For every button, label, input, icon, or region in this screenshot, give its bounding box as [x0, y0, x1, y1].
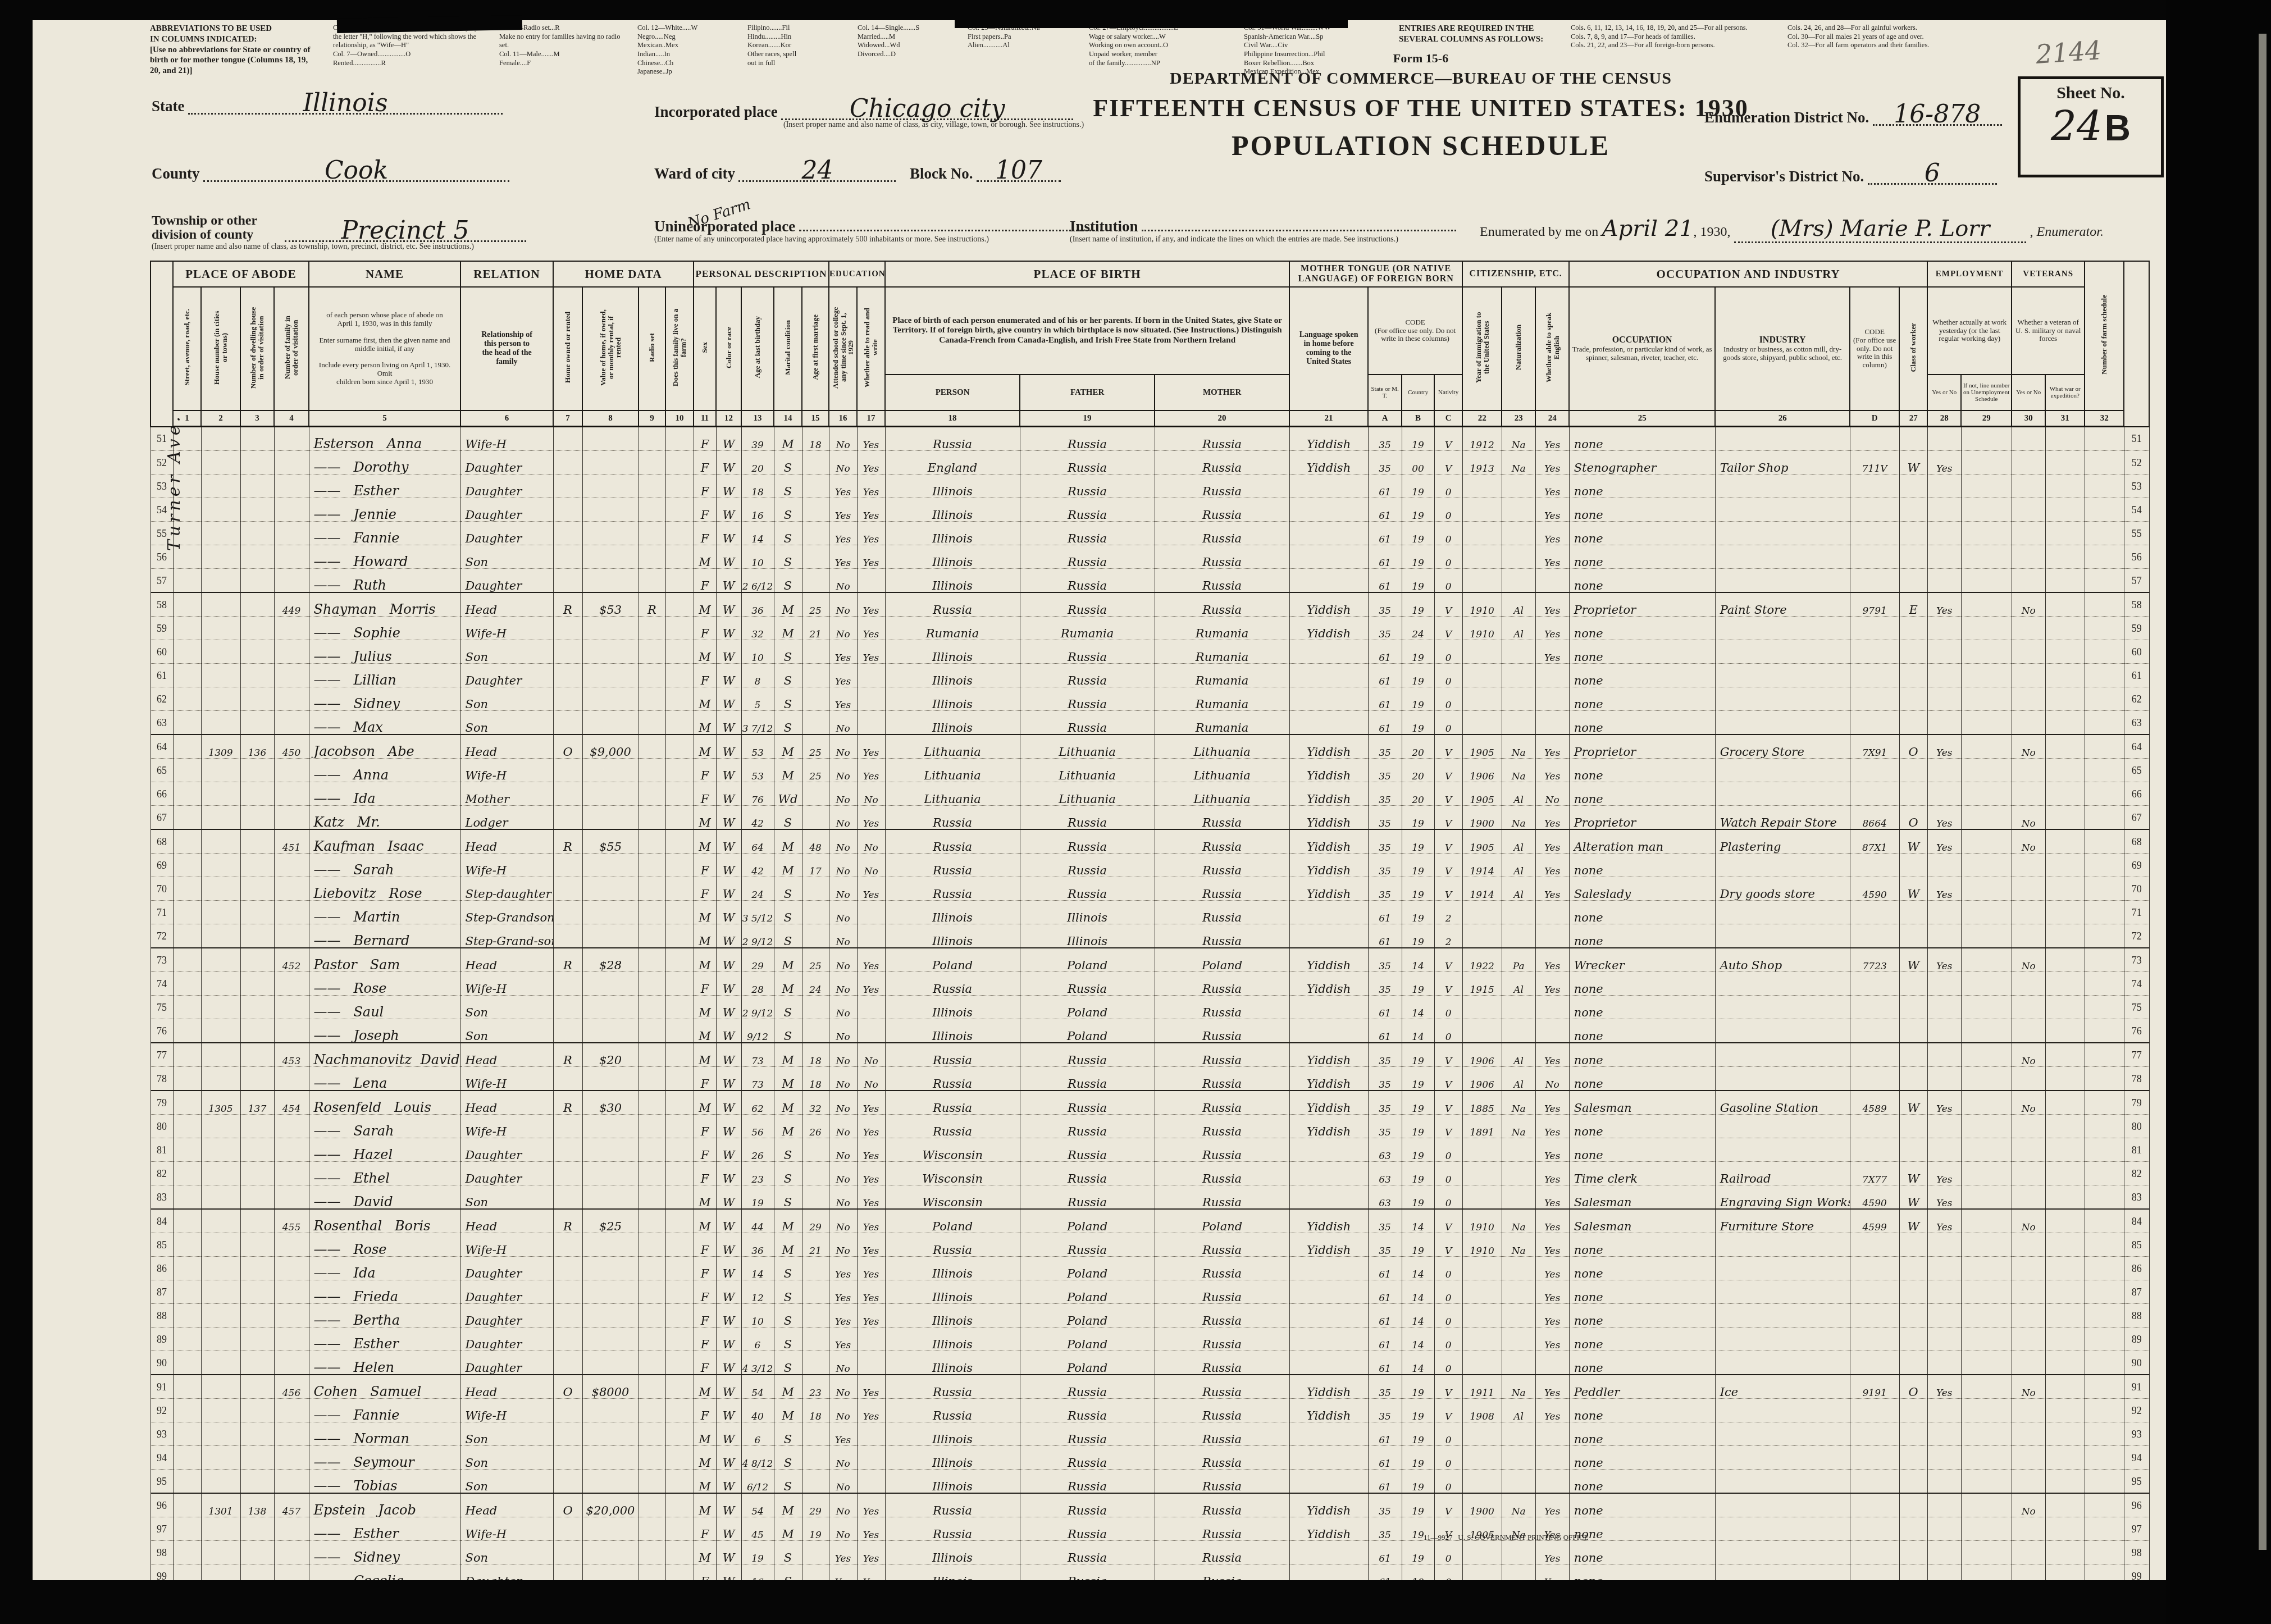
- cell-industry: [1715, 664, 1850, 687]
- cell-family: [274, 1517, 309, 1541]
- cell-age-married: 23: [802, 1375, 829, 1399]
- cell-race: W: [716, 522, 741, 545]
- cell-class-of-worker: [1899, 1517, 1927, 1541]
- department-title: DEPARTMENT OF COMMERCE—BUREAU OF THE CEN…: [1070, 69, 1772, 88]
- cell-school: No: [829, 877, 857, 901]
- cell-mother-tongue: [1289, 664, 1368, 687]
- cell-mother-tongue: Yiddish: [1289, 1115, 1368, 1138]
- cell-read-write: Yes: [857, 806, 885, 830]
- cell-relation: Head: [460, 735, 553, 759]
- cell-father-birthplace: Russia: [1020, 640, 1155, 664]
- cell-industry: [1715, 545, 1850, 569]
- cell-worked-yesterday: [1927, 924, 1961, 948]
- state-value: Illinois: [188, 93, 503, 115]
- cell-school: No: [829, 1399, 857, 1422]
- cell-read-write: Yes: [857, 640, 885, 664]
- cell-birthplace: Illinois: [885, 1328, 1020, 1351]
- cell-immigration-year: [1462, 1351, 1502, 1375]
- cell-code-c: V: [1434, 592, 1462, 617]
- group-veterans: VETERANS: [2012, 261, 2085, 287]
- cell-name: Liebovitz Rose: [309, 877, 460, 901]
- state-field: State Illinois: [152, 93, 503, 115]
- cell-family: [274, 1328, 309, 1351]
- cell-occupation: none: [1569, 498, 1715, 522]
- cell-age-married: 32: [802, 1091, 829, 1115]
- cell-name: —— Sidney: [309, 687, 460, 711]
- cell-age-married: [802, 1470, 829, 1494]
- cell-occupation: none: [1569, 1067, 1715, 1091]
- cell-mother-tongue: Yiddish: [1289, 1091, 1368, 1115]
- cell-code-c: 0: [1434, 996, 1462, 1019]
- cell-code-b: 19: [1402, 664, 1434, 687]
- cell-sex: M: [694, 806, 716, 830]
- cell-speak-english: [1535, 996, 1569, 1019]
- cell-occupation: none: [1569, 1019, 1715, 1043]
- cell-mother-tongue: Yiddish: [1289, 806, 1368, 830]
- cell-age-married: [802, 1422, 829, 1446]
- cell-name: —— Esther: [309, 1328, 460, 1351]
- cell-code-b: 19: [1402, 1162, 1434, 1185]
- cell-farm: [665, 1209, 694, 1233]
- cell-race: W: [716, 1328, 741, 1351]
- cell-street: [173, 1351, 201, 1375]
- cell-school: Yes: [829, 664, 857, 687]
- cell-mother-birthplace: Russia: [1155, 569, 1289, 593]
- cell-read-write: Yes: [857, 1375, 885, 1399]
- cell-birthplace: Illinois: [885, 569, 1020, 593]
- cell-mother-tongue: [1289, 1470, 1368, 1494]
- cell-family: [274, 1067, 309, 1091]
- cell-naturalization: [1502, 1470, 1535, 1494]
- ward-field: Ward of city 24 Block No. 107: [654, 161, 1061, 183]
- cell-street: [173, 1470, 201, 1494]
- cell-relation: Daughter: [460, 1257, 553, 1280]
- cell-code-a: 35: [1368, 1375, 1402, 1399]
- cell-war: [2045, 1304, 2085, 1328]
- cell-father-birthplace: Poland: [1020, 1257, 1155, 1280]
- cell-race: W: [716, 1138, 741, 1162]
- cell-relation: Lodger: [460, 806, 553, 830]
- cell-mother-tongue: [1289, 522, 1368, 545]
- cell-mother-tongue: [1289, 1162, 1368, 1185]
- cell-naturalization: [1502, 1280, 1535, 1304]
- cell-street: [173, 545, 201, 569]
- cell-street: [173, 924, 201, 948]
- cell-marital: Wd: [774, 782, 802, 806]
- cell-code-c: 0: [1434, 1304, 1462, 1328]
- cell-farm: [665, 1091, 694, 1115]
- cell-age-married: 19: [802, 1517, 829, 1541]
- cell-veteran: [2012, 1328, 2045, 1351]
- cell-speak-english: Yes: [1535, 1162, 1569, 1185]
- cell-farm-schedule: [2085, 1422, 2124, 1446]
- cell-sex: M: [694, 1541, 716, 1564]
- cell-radio: [639, 1280, 665, 1304]
- table-row: 58 449 Shayman Morris Head R $53 R M W 3…: [151, 592, 2149, 617]
- cell-code-d: [1850, 854, 1899, 877]
- cell-birthplace: Russia: [885, 1493, 1020, 1517]
- cell-father-birthplace: Russia: [1020, 1138, 1155, 1162]
- cell-mother-birthplace: Russia: [1155, 545, 1289, 569]
- cell-street: [173, 735, 201, 759]
- cell-birthplace: Lithuania: [885, 782, 1020, 806]
- cell-immigration-year: 1905: [1462, 782, 1502, 806]
- cell-age: 5: [741, 687, 774, 711]
- cell-relation: Son: [460, 687, 553, 711]
- cell-dwelling: [240, 1422, 274, 1446]
- cell-worked-yesterday: Yes: [1927, 735, 1961, 759]
- cell-name: —— Ruth: [309, 569, 460, 593]
- cell-read-write: Yes: [857, 1115, 885, 1138]
- cell-naturalization: [1502, 711, 1535, 735]
- cell-class-of-worker: O: [1899, 735, 1927, 759]
- cell-code-d: [1850, 1043, 1899, 1067]
- cell-worked-yesterday: [1927, 1470, 1961, 1494]
- cell-sex: M: [694, 640, 716, 664]
- cell-sex: F: [694, 1067, 716, 1091]
- cell-code-a: 35: [1368, 972, 1402, 996]
- line-number-right: 92: [2124, 1399, 2149, 1422]
- col-industry-desc: INDUSTRYIndustry or business, as cotton …: [1715, 287, 1850, 410]
- cell-class-of-worker: E: [1899, 592, 1927, 617]
- cell-dwelling: [240, 1280, 274, 1304]
- cell-code-d: 7723: [1850, 948, 1899, 972]
- cell-sex: F: [694, 1351, 716, 1375]
- cell-relation: Head: [460, 1043, 553, 1067]
- col-birth-mother: MOTHER: [1155, 375, 1289, 410]
- cell-speak-english: Yes: [1535, 735, 1569, 759]
- cell-age-married: [802, 996, 829, 1019]
- col-family-number: Number of family in order of visitation: [274, 287, 309, 410]
- cell-school: Yes: [829, 1541, 857, 1564]
- cell-age: 40: [741, 1399, 774, 1422]
- cell-street: [173, 1091, 201, 1115]
- cell-school: No: [829, 1091, 857, 1115]
- cell-dwelling: [240, 877, 274, 901]
- cell-farm-schedule: [2085, 1233, 2124, 1257]
- cell-class-of-worker: [1899, 972, 1927, 996]
- cell-code-d: [1850, 498, 1899, 522]
- cell-read-write: [857, 1019, 885, 1043]
- cell-father-birthplace: Poland: [1020, 1351, 1155, 1375]
- cell-code-d: [1850, 1399, 1899, 1422]
- cell-industry: Tailor Shop: [1715, 451, 1850, 475]
- cell-war: [2045, 877, 2085, 901]
- cell-class-of-worker: [1899, 1257, 1927, 1280]
- cell-radio: [639, 1091, 665, 1115]
- cell-industry: [1715, 1470, 1850, 1494]
- cell-code-b: 19: [1402, 1422, 1434, 1446]
- cell-code-d: [1850, 1422, 1899, 1446]
- cell-school: No: [829, 1375, 857, 1399]
- cell-unemployment-line: [1961, 924, 2012, 948]
- cell-code-d: 7X91: [1850, 735, 1899, 759]
- cell-code-d: 8664: [1850, 806, 1899, 830]
- cell-name: —— Rose: [309, 1233, 460, 1257]
- cell-unemployment-line: [1961, 735, 2012, 759]
- cell-farm-schedule: [2085, 1162, 2124, 1185]
- cell-birthplace: England: [885, 451, 1020, 475]
- cell-read-write: Yes: [857, 451, 885, 475]
- cell-farm: [665, 948, 694, 972]
- cell-marital: M: [774, 735, 802, 759]
- cell-industry: Watch Repair Store: [1715, 806, 1850, 830]
- table-row: 87 —— Frieda Daughter F W 12 S Yes Yes I…: [151, 1280, 2149, 1304]
- table-row: 71 —— Martin Step-Grandson M W 3 5/12 S …: [151, 901, 2149, 924]
- cell-mother-birthplace: Russia: [1155, 1185, 1289, 1210]
- line-number-right: 93: [2124, 1422, 2149, 1446]
- cell-father-birthplace: Russia: [1020, 806, 1155, 830]
- cell-dwelling: [240, 617, 274, 640]
- cell-race: W: [716, 592, 741, 617]
- cell-value: [582, 1162, 639, 1185]
- cell-industry: [1715, 924, 1850, 948]
- cell-code-a: 61: [1368, 1470, 1402, 1494]
- cell-age-married: [802, 475, 829, 498]
- cell-value: [582, 901, 639, 924]
- cell-marital: M: [774, 427, 802, 451]
- cell-veteran: [2012, 498, 2045, 522]
- cell-mother-birthplace: Russia: [1155, 924, 1289, 948]
- cell-radio: [639, 1541, 665, 1564]
- cell-birthplace: Wisconsin: [885, 1138, 1020, 1162]
- enumerator-name: (Mrs) Marie P. Lorr: [1734, 216, 2026, 243]
- cell-read-write: Yes: [857, 1138, 885, 1162]
- cell-father-birthplace: Russia: [1020, 475, 1155, 498]
- cell-war: [2045, 1067, 2085, 1091]
- cell-naturalization: [1502, 1138, 1535, 1162]
- cell-immigration-year: 1910: [1462, 617, 1502, 640]
- cell-read-write: No: [857, 782, 885, 806]
- col-speak-english: Whether able to speak English: [1535, 287, 1569, 410]
- cell-mother-tongue: Yiddish: [1289, 1493, 1368, 1517]
- cell-mother-birthplace: Russia: [1155, 1043, 1289, 1067]
- cell-marital: S: [774, 545, 802, 569]
- cell-radio: [639, 1493, 665, 1517]
- cell-class-of-worker: [1899, 1422, 1927, 1446]
- cell-relation: Step-Grand-son: [460, 924, 553, 948]
- cell-unemployment-line: [1961, 451, 2012, 475]
- cell-owned: [553, 1185, 582, 1210]
- cell-street: [173, 498, 201, 522]
- cell-school: No: [829, 901, 857, 924]
- cell-code-c: V: [1434, 948, 1462, 972]
- cell-class-of-worker: [1899, 901, 1927, 924]
- cell-father-birthplace: Russia: [1020, 1233, 1155, 1257]
- cell-worked-yesterday: Yes: [1927, 1091, 1961, 1115]
- cell-worked-yesterday: [1927, 1043, 1961, 1067]
- cell-marital: S: [774, 924, 802, 948]
- cell-read-write: Yes: [857, 1280, 885, 1304]
- cell-naturalization: Na: [1502, 1115, 1535, 1138]
- cell-code-a: 35: [1368, 854, 1402, 877]
- cell-dwelling: 138: [240, 1493, 274, 1517]
- cell-farm: [665, 640, 694, 664]
- cell-code-a: 61: [1368, 1541, 1402, 1564]
- cell-farm-schedule: [2085, 854, 2124, 877]
- cell-class-of-worker: [1899, 687, 1927, 711]
- cell-house-number: [201, 1233, 240, 1257]
- cell-marital: S: [774, 687, 802, 711]
- cell-class-of-worker: O: [1899, 806, 1927, 830]
- cell-code-c: 2: [1434, 901, 1462, 924]
- cell-immigration-year: [1462, 996, 1502, 1019]
- cell-code-d: [1850, 924, 1899, 948]
- cell-dwelling: [240, 475, 274, 498]
- cell-relation: Wife-H: [460, 427, 553, 451]
- line-number-left: 89: [151, 1328, 173, 1351]
- cell-code-c: 0: [1434, 664, 1462, 687]
- cell-sex: M: [694, 924, 716, 948]
- group-relation: RELATION: [460, 261, 553, 287]
- cell-war: [2045, 617, 2085, 640]
- cell-age: 4 8/12: [741, 1446, 774, 1470]
- table-row: 53 —— Esther Daughter F W 18 S Yes Yes I…: [151, 475, 2149, 498]
- line-number-right: 69: [2124, 854, 2149, 877]
- col-home-value: Value of home, if owned, or monthly rent…: [582, 287, 639, 410]
- cell-race: W: [716, 1470, 741, 1494]
- cell-veteran: No: [2012, 1375, 2045, 1399]
- cell-class-of-worker: W: [1899, 451, 1927, 475]
- cell-radio: [639, 664, 665, 687]
- cell-father-birthplace: Poland: [1020, 948, 1155, 972]
- cell-family: 451: [274, 829, 309, 854]
- cell-occupation: none: [1569, 1351, 1715, 1375]
- cell-mother-tongue: [1289, 1304, 1368, 1328]
- cell-sex: M: [694, 687, 716, 711]
- cell-mother-tongue: [1289, 687, 1368, 711]
- line-number-right: 91: [2124, 1375, 2149, 1399]
- cell-war: [2045, 569, 2085, 593]
- cell-age: 6/12: [741, 1470, 774, 1494]
- cell-unemployment-line: [1961, 1162, 2012, 1185]
- cell-family: 452: [274, 948, 309, 972]
- enum-district-field: Enumeration District No. 16-878: [1704, 104, 2002, 126]
- cell-code-a: 35: [1368, 1517, 1402, 1541]
- line-number-right: 88: [2124, 1304, 2149, 1328]
- cell-worked-yesterday: [1927, 1115, 1961, 1138]
- cell-naturalization: Na: [1502, 1233, 1535, 1257]
- line-number-left: 57: [151, 569, 173, 593]
- cell-sex: M: [694, 1422, 716, 1446]
- cell-speak-english: No: [1535, 782, 1569, 806]
- cell-radio: [639, 475, 665, 498]
- cell-owned: [553, 1138, 582, 1162]
- cell-street: [173, 1517, 201, 1541]
- line-number-left: 68: [151, 829, 173, 854]
- cell-occupation: none: [1569, 924, 1715, 948]
- cell-dwelling: [240, 1470, 274, 1494]
- cell-dwelling: [240, 1517, 274, 1541]
- cell-farm-schedule: [2085, 545, 2124, 569]
- cell-naturalization: Na: [1502, 1209, 1535, 1233]
- cell-marital: M: [774, 1493, 802, 1517]
- cell-owned: [553, 451, 582, 475]
- cell-war: [2045, 1043, 2085, 1067]
- cell-value: [582, 1470, 639, 1494]
- cell-code-c: 0: [1434, 687, 1462, 711]
- cell-speak-english: Yes: [1535, 1328, 1569, 1351]
- cell-veteran: [2012, 1446, 2045, 1470]
- cell-race: W: [716, 451, 741, 475]
- cell-name: Nachmanovitz David: [309, 1043, 460, 1067]
- cell-farm-schedule: [2085, 782, 2124, 806]
- cell-age: 2 9/12: [741, 924, 774, 948]
- cell-veteran: [2012, 996, 2045, 1019]
- cell-family: [274, 451, 309, 475]
- table-row: 88 —— Bertha Daughter F W 10 S Yes Yes I…: [151, 1304, 2149, 1328]
- cell-class-of-worker: [1899, 1019, 1927, 1043]
- cell-war: [2045, 1257, 2085, 1280]
- cell-owned: [553, 996, 582, 1019]
- cell-speak-english: [1535, 1446, 1569, 1470]
- cell-naturalization: [1502, 1304, 1535, 1328]
- cell-street: [173, 522, 201, 545]
- cell-worked-yesterday: [1927, 522, 1961, 545]
- cell-farm: [665, 924, 694, 948]
- cell-farm: [665, 1233, 694, 1257]
- cell-race: W: [716, 711, 741, 735]
- cell-owned: R: [553, 592, 582, 617]
- cell-class-of-worker: [1899, 498, 1927, 522]
- table-row: 52 —— Dorothy Daughter F W 20 S No Yes E…: [151, 451, 2149, 475]
- cell-marital: M: [774, 854, 802, 877]
- cell-farm: [665, 1375, 694, 1399]
- cell-age: 10: [741, 640, 774, 664]
- cell-read-write: Yes: [857, 1233, 885, 1257]
- cell-birthplace: Russia: [885, 806, 1020, 830]
- line-number-left: 75: [151, 996, 173, 1019]
- cell-radio: [639, 829, 665, 854]
- cell-occupation: Stenographer: [1569, 451, 1715, 475]
- cell-worked-yesterday: Yes: [1927, 1375, 1961, 1399]
- cell-name: —— Bernard: [309, 924, 460, 948]
- table-row: 65 —— Anna Wife-H F W 53 M 25 No Yes Lit…: [151, 759, 2149, 782]
- cell-worked-yesterday: [1927, 759, 1961, 782]
- cell-class-of-worker: [1899, 475, 1927, 498]
- cell-farm-schedule: [2085, 996, 2124, 1019]
- cell-age-married: 25: [802, 948, 829, 972]
- cell-father-birthplace: Russia: [1020, 664, 1155, 687]
- cell-class-of-worker: [1899, 854, 1927, 877]
- cell-veteran: No: [2012, 948, 2045, 972]
- line-number-right: 66: [2124, 782, 2149, 806]
- schedule-table-wrap: PLACE OF ABODE NAME RELATION HOME DATA P…: [31, 256, 2166, 1611]
- cell-naturalization: [1502, 1257, 1535, 1280]
- cell-street: [173, 711, 201, 735]
- cell-age: 76: [741, 782, 774, 806]
- cell-code-a: 35: [1368, 1209, 1402, 1233]
- table-row: 67 Katz Mr. Lodger M W 42 S No Yes Russi…: [151, 806, 2149, 830]
- line-number-right: 79: [2124, 1091, 2149, 1115]
- line-number-left: 52: [151, 451, 173, 475]
- cell-naturalization: [1502, 664, 1535, 687]
- cell-street: [173, 829, 201, 854]
- line-number-left: 96: [151, 1493, 173, 1517]
- cell-veteran: [2012, 640, 2045, 664]
- line-number-left: 66: [151, 782, 173, 806]
- cell-worked-yesterday: [1927, 711, 1961, 735]
- cell-code-a: 61: [1368, 1304, 1402, 1328]
- cell-race: W: [716, 782, 741, 806]
- cell-street: [173, 475, 201, 498]
- cell-street: [173, 1233, 201, 1257]
- cell-house-number: [201, 759, 240, 782]
- cell-code-b: 19: [1402, 1541, 1434, 1564]
- cell-industry: [1715, 1422, 1850, 1446]
- cell-birthplace: Russia: [885, 1233, 1020, 1257]
- cell-veteran: [2012, 1185, 2045, 1210]
